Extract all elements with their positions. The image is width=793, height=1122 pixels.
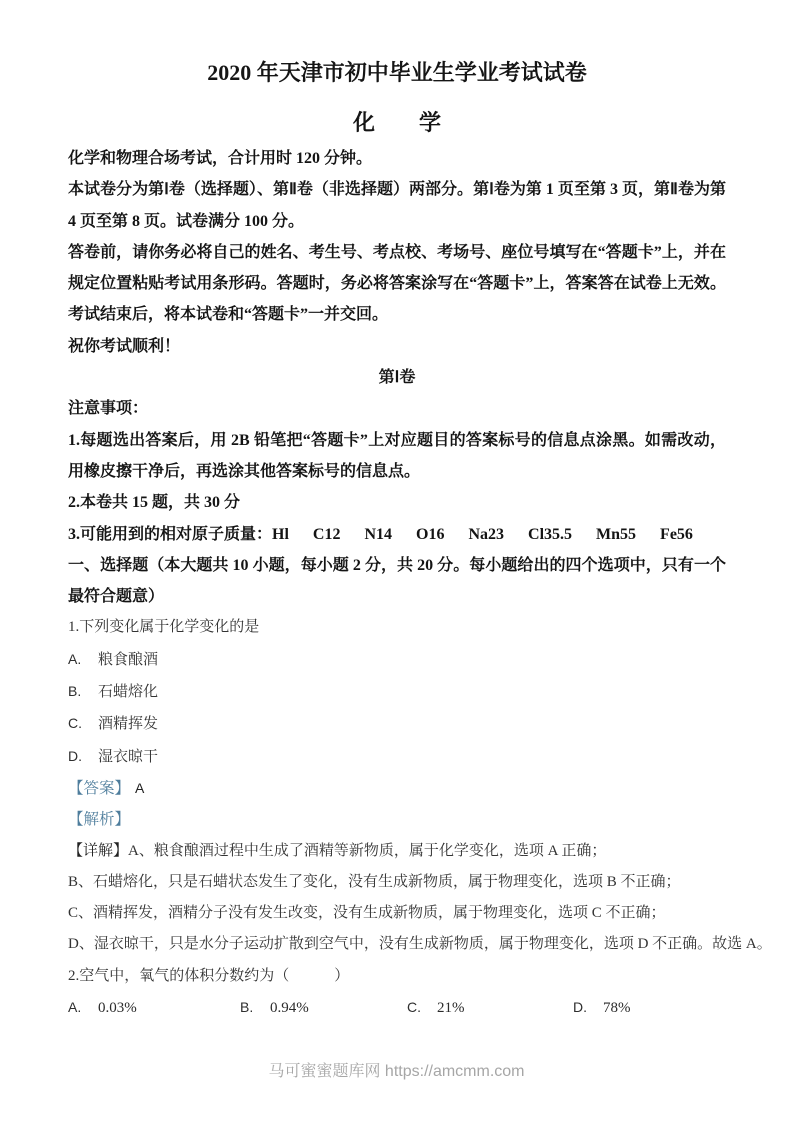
footer-watermark: 马可蜜蜜题库网 https://amcmm.com — [0, 1060, 793, 1084]
question-1-option-a: A.粮食酿酒 — [68, 644, 726, 676]
section-heading: 一、选择题（本大题共 10 小题，每小题 2 分，共 20 分。每小题给出的四个… — [68, 550, 726, 613]
atomic-mass: Cl35.5 — [528, 526, 572, 543]
question-2-option-c: C.21% — [407, 992, 573, 1024]
detail-label: 【详解】 — [68, 843, 128, 859]
option-text: 酒精挥发 — [98, 716, 158, 732]
atomic-mass: Hl — [272, 526, 289, 543]
option-text: 0.03% — [98, 1000, 137, 1016]
atomic-mass: C12 — [313, 526, 341, 543]
option-text: 湿衣晾干 — [98, 749, 158, 765]
option-label: C. — [68, 708, 98, 739]
note-1: 1.每题选出答案后，用 2B 铅笔把“答题卡”上对应题目的答案标号的信息点涂黑。… — [68, 425, 726, 488]
subject-title: 化 学 — [68, 108, 726, 138]
option-text: 21% — [437, 1000, 465, 1016]
answer-line: 【答案】A — [68, 773, 726, 804]
atomic-mass: Na23 — [468, 526, 504, 543]
option-label: A. — [68, 644, 98, 675]
analysis-label: 【解析】 — [68, 811, 130, 828]
analysis-line: 【解析】 — [68, 804, 726, 835]
question-2-options: A.0.03% B.0.94% C.21% D.78% — [68, 992, 726, 1024]
option-label: D. — [573, 992, 603, 1023]
note-3: 3.可能用到的相对原子质量：HlC12N14O16Na23Cl35.5Mn55F… — [68, 519, 726, 550]
detail-line-3: C、酒精挥发，酒精分子没有发生改变，没有生成新物质，属于物理变化，选项 C 不正… — [68, 898, 726, 929]
atomic-mass: Mn55 — [596, 526, 636, 543]
answer-label: 【答案】 — [68, 780, 130, 797]
answer-value: A — [135, 780, 144, 796]
option-text: 78% — [603, 1000, 631, 1016]
option-label: B. — [68, 676, 98, 707]
intro-structure: 本试卷分为第Ⅰ卷（选择题）、第Ⅱ卷（非选择题）两部分。第Ⅰ卷为第 1 页至第 3… — [68, 174, 726, 237]
note-3-prefix: 3.可能用到的相对原子质量： — [68, 526, 272, 543]
atomic-mass: O16 — [416, 526, 444, 543]
exam-page: 2020 年天津市初中毕业生学业考试试卷 化 学 化学和物理合场考试，合计用时 … — [0, 0, 793, 1122]
question-2-option-a: A.0.03% — [68, 992, 240, 1024]
notes-heading: 注意事项： — [68, 393, 726, 424]
atomic-mass: Fe56 — [660, 526, 693, 543]
part1-heading: 第Ⅰ卷 — [68, 362, 726, 393]
intro-time: 化学和物理合场考试，合计用时 120 分钟。 — [68, 143, 726, 174]
atomic-mass: N14 — [364, 526, 392, 543]
question-1-stem: 1.下列变化属于化学变化的是 — [68, 612, 726, 643]
detail-text: A、粮食酿酒过程中生成了酒精等新物质，属于化学变化，选项 A 正确； — [128, 843, 606, 859]
option-text: 石蜡熔化 — [98, 684, 158, 700]
question-1-option-c: C.酒精挥发 — [68, 708, 726, 740]
detail-line-2: B、石蜡熔化，只是石蜡状态发生了变化，没有生成新物质，属于物理变化，选项 B 不… — [68, 867, 726, 898]
option-label: B. — [240, 992, 270, 1023]
question-2-stem: 2.空气中，氧气的体积分数约为（ ） — [68, 961, 726, 992]
option-text: 0.94% — [270, 1000, 309, 1016]
intro-answer-card: 答卷前，请你务必将自己的姓名、考生号、考点校、考场号、座位号填写在“答题卡”上，… — [68, 237, 726, 331]
intro-wish: 祝你考试顺利！ — [68, 331, 726, 362]
question-2-option-d: D.78% — [573, 992, 726, 1024]
page-title: 2020 年天津市初中毕业生学业考试试卷 — [68, 58, 726, 88]
note-2: 2.本卷共 15 题，共 30 分 — [68, 487, 726, 518]
question-2-option-b: B.0.94% — [240, 992, 407, 1024]
option-label: D. — [68, 741, 98, 772]
question-1-option-d: D.湿衣晾干 — [68, 741, 726, 773]
option-label: A. — [68, 992, 98, 1023]
option-text: 粮食酿酒 — [98, 652, 158, 668]
detail-line-1: 【详解】A、粮食酿酒过程中生成了酒精等新物质，属于化学变化，选项 A 正确； — [68, 836, 726, 867]
detail-line-4: D、湿衣晾干，只是水分子运动扩散到空气中，没有生成新物质，属于物理变化，选项 D… — [68, 929, 726, 960]
option-label: C. — [407, 992, 437, 1023]
question-1-option-b: B.石蜡熔化 — [68, 676, 726, 708]
